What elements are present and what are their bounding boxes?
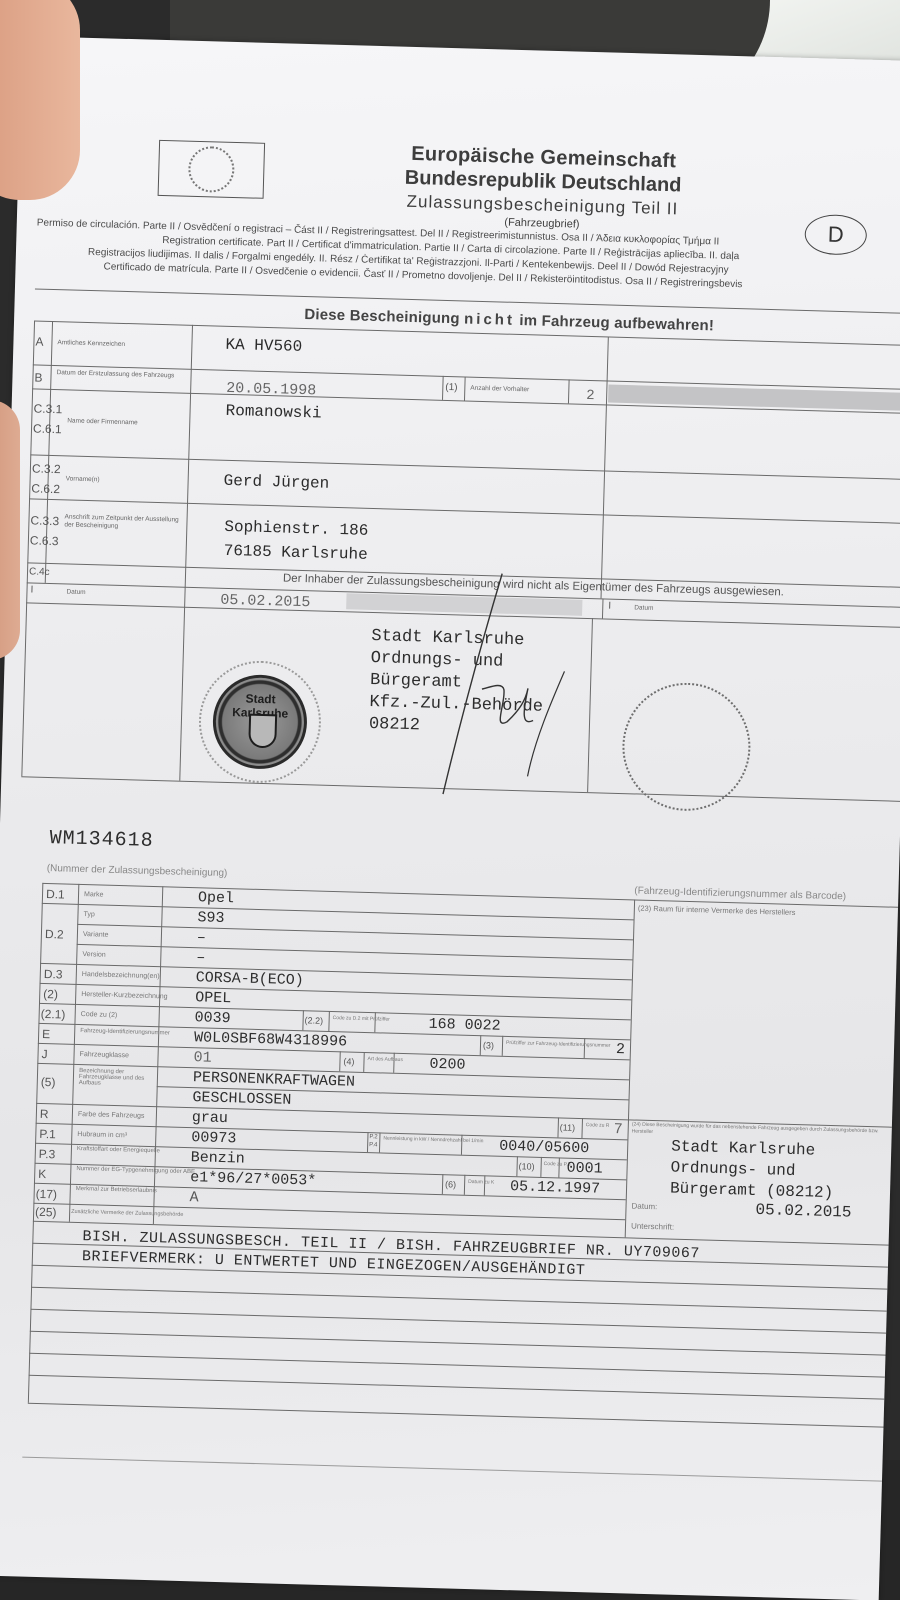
- code-p2: P.2 P.4: [369, 1133, 378, 1149]
- field-label-c33: Anschrift zum Zeitpunkt der Ausstellung …: [64, 513, 184, 532]
- grid-line: [31, 1287, 887, 1312]
- grid-line: [464, 376, 466, 400]
- field-code-25: (25): [35, 1205, 57, 1220]
- label-11: Code zu R: [586, 1122, 610, 1129]
- fuel-code-value: 0001: [566, 1160, 602, 1178]
- power-speed-value: 0040/05600: [499, 1138, 589, 1158]
- right-date-label: Datum: [634, 604, 653, 613]
- field-code-5: (5): [41, 1075, 56, 1089]
- field-code-c33: C.3.3 C.6.3: [30, 510, 60, 551]
- date-label: Datum:: [631, 1201, 657, 1211]
- field-code-p1: P.1: [39, 1127, 56, 1141]
- code-3: (3): [483, 1040, 494, 1050]
- grid-line: [587, 618, 593, 792]
- grid-line: [363, 1052, 365, 1072]
- vehicle-class-value: 01: [193, 1049, 211, 1066]
- displacement-value: 00973: [191, 1129, 236, 1147]
- field-code-2: (2): [43, 987, 58, 1001]
- grid-line: [328, 1011, 330, 1031]
- version-value: –: [196, 949, 205, 966]
- color-code-value: 7: [613, 1121, 622, 1138]
- field-label-a: Amtliches Kennzeichen: [57, 339, 187, 351]
- field-code-j: J: [41, 1047, 47, 1061]
- type-approval-value: e1*96/27*0053*: [190, 1169, 316, 1190]
- label-3: Prüfziffer zur Fahrzeug-Identifizierungs…: [506, 1040, 611, 1049]
- grid-line: [502, 1036, 504, 1056]
- grid-line: [602, 598, 604, 618]
- field-label-2: Hersteller-Kurzbezeichnung: [81, 991, 168, 1000]
- holding-thumb: [0, 0, 80, 200]
- field-code-r: R: [40, 1107, 49, 1121]
- grid-line: [29, 1375, 885, 1400]
- grid-line: [42, 903, 634, 921]
- previous-holders-value: 2: [586, 388, 595, 404]
- previous-holders-code: (1): [445, 382, 458, 393]
- manufacturer-code-value: 0039: [194, 1009, 230, 1027]
- grid-line: [442, 376, 444, 400]
- field-code-p3: P.3: [39, 1147, 56, 1161]
- warning-text: Diese Bescheinigung: [304, 306, 464, 327]
- field-label-type: Typ: [83, 911, 94, 918]
- field-label-d3: Handelsbezeichnung(en): [82, 971, 160, 980]
- label-4: Art des Aufbaus: [367, 1056, 402, 1063]
- field-label-j: Fahrzeugklasse: [79, 1051, 129, 1059]
- issuing-authority-part2: Stadt Karlsruhe Ordnungs- und Bürgeramt …: [670, 1137, 835, 1205]
- grid-line: [29, 1353, 885, 1378]
- signature-label: Unterschrift:: [631, 1221, 674, 1231]
- grid-line: [480, 1035, 482, 1055]
- type-approval-date-value: 05.12.1997: [510, 1178, 600, 1198]
- type-code-value: 168 0022: [428, 1016, 500, 1035]
- grid-line: [379, 1132, 381, 1152]
- certificate-number-label: (Nummer der Zulassungsbescheinigung): [47, 863, 228, 879]
- first-registration-date: 20.05.1998: [226, 380, 316, 400]
- operating-permit-value: A: [189, 1189, 198, 1206]
- body-type-value: 0200: [429, 1056, 465, 1074]
- grid-line: [601, 336, 610, 598]
- color-value: grau: [192, 1109, 228, 1127]
- field-label-d1: Marke: [84, 891, 104, 899]
- field-code-17: (17): [35, 1187, 57, 1202]
- field-label-version: Version: [82, 951, 106, 959]
- field-code-i: I: [30, 584, 33, 595]
- make-value: Opel: [198, 889, 234, 907]
- document-header: Europäische Gemeinschaft Bundesrepublik …: [377, 142, 709, 234]
- field-code-e: E: [42, 1027, 50, 1041]
- code-6: (6): [445, 1179, 456, 1189]
- grid-line: [464, 1175, 466, 1195]
- certificate-number: WM134618: [49, 827, 154, 853]
- code-4: (4): [343, 1056, 354, 1066]
- label-p2: Nennleistung in kW / Nenndrehzahl bei 1/…: [383, 1136, 483, 1145]
- grid-line: [30, 454, 900, 480]
- eu-stars-icon: [188, 146, 235, 193]
- field-label-c32: Vorname(n): [66, 475, 100, 484]
- registration-document: Europäische Gemeinschaft Bundesrepublik …: [0, 36, 900, 1600]
- field-label-17: Merkmal zur Betriebserlaubnis: [76, 1186, 157, 1194]
- field-label-c31: Name oder Firmenname: [67, 417, 138, 427]
- first-name-value: Gerd Jürgen: [223, 472, 329, 493]
- variant-value: –: [197, 929, 206, 946]
- warning-text: im Fahrzeug aufbewahren!: [515, 312, 715, 335]
- field-label-b: Datum der Erstzulassung des Fahrzeugs: [56, 369, 186, 381]
- grid-line: [30, 1309, 886, 1334]
- manufacturer-value: OPEL: [195, 989, 231, 1007]
- address-street-value: Sophienstr. 186: [224, 518, 368, 540]
- field-label-variant: Variante: [83, 931, 109, 939]
- code-11: (11): [560, 1122, 576, 1132]
- right-date-code: I: [608, 601, 611, 612]
- field-code-c31: C.3.1 C.6.1: [33, 398, 63, 439]
- grid-line: [339, 1051, 341, 1071]
- field-code-d1: D.1: [46, 887, 65, 902]
- coat-of-arms-icon: [248, 714, 277, 749]
- type-value: S93: [197, 909, 224, 927]
- field-label-r: Farbe des Fahrzeugs: [78, 1111, 145, 1120]
- grid-line: [540, 1157, 542, 1177]
- license-plate-value: KA HV560: [225, 336, 302, 356]
- field-code-k: K: [38, 1167, 46, 1181]
- previous-holders-label: Anzahl der Vorhalter: [470, 385, 529, 395]
- field-code-a: A: [35, 334, 43, 348]
- field-label-2-1: Code zu (2): [81, 1011, 118, 1019]
- body-description-value: GESCHLOSSEN: [192, 1089, 291, 1109]
- trade-name-value: CORSA-B(ECO): [196, 969, 304, 989]
- grid-line: [625, 899, 636, 1237]
- eu-flag-icon: [158, 140, 266, 199]
- authority-line: Bürgeramt (08212): [670, 1179, 834, 1205]
- field-code-2-1: (2.1): [41, 1007, 66, 1022]
- field-label-e: Fahrzeug-Identifizierungsnummer: [80, 1028, 170, 1037]
- multilingual-titles: Permiso de circulación. Parte II / Osvěd…: [35, 216, 900, 297]
- vin-check-digit-value: 2: [616, 1041, 625, 1058]
- issue-date-part2: 05.02.2015: [755, 1201, 851, 1222]
- issue-date-value: 05.02.2015: [220, 592, 310, 612]
- field-code-d2: D.2: [45, 927, 64, 942]
- field-code-c4c: C.4c: [29, 566, 50, 578]
- field-label-i: Datum: [66, 588, 85, 597]
- field-code-c32: C.3.2 C.6.2: [31, 458, 61, 499]
- grid-line: [30, 1331, 886, 1356]
- address-city-value: 76185 Karlsruhe: [223, 542, 367, 564]
- holding-finger: [0, 400, 20, 660]
- surname-value: Romanowski: [225, 402, 321, 423]
- signature-icon: [421, 568, 577, 802]
- code-10: (10): [518, 1161, 534, 1171]
- grid-line: [28, 1403, 884, 1428]
- field-label-5: Bezeichnung der Fahrzeugklasse und des A…: [79, 1068, 155, 1088]
- grid-line: [581, 1118, 583, 1138]
- grid-line: [442, 1174, 444, 1194]
- grid-line: [22, 1457, 882, 1482]
- field-code-b: B: [34, 370, 42, 384]
- code-2-2: (2.2): [304, 1015, 323, 1026]
- field-label-p3: Kraftstoffart oder Energiequelle: [77, 1146, 160, 1154]
- label-2-2: Code zu D.2 mit Prüfziffer: [333, 1015, 390, 1023]
- fuel-type-value: Benzin: [191, 1149, 245, 1168]
- field-23-label: (23) Raum für interne Vermerke des Herst…: [638, 904, 796, 917]
- warning-emphasis: nicht: [464, 310, 515, 328]
- field-code-d3: D.3: [44, 967, 63, 982]
- label-6: Datum zu K: [468, 1179, 494, 1186]
- field-label-25: Zusätzliche Vermerke der Zulassungsbehör…: [71, 1209, 183, 1218]
- field-label-p1: Hubraum in cm³: [77, 1131, 127, 1139]
- grid-line: [568, 379, 570, 403]
